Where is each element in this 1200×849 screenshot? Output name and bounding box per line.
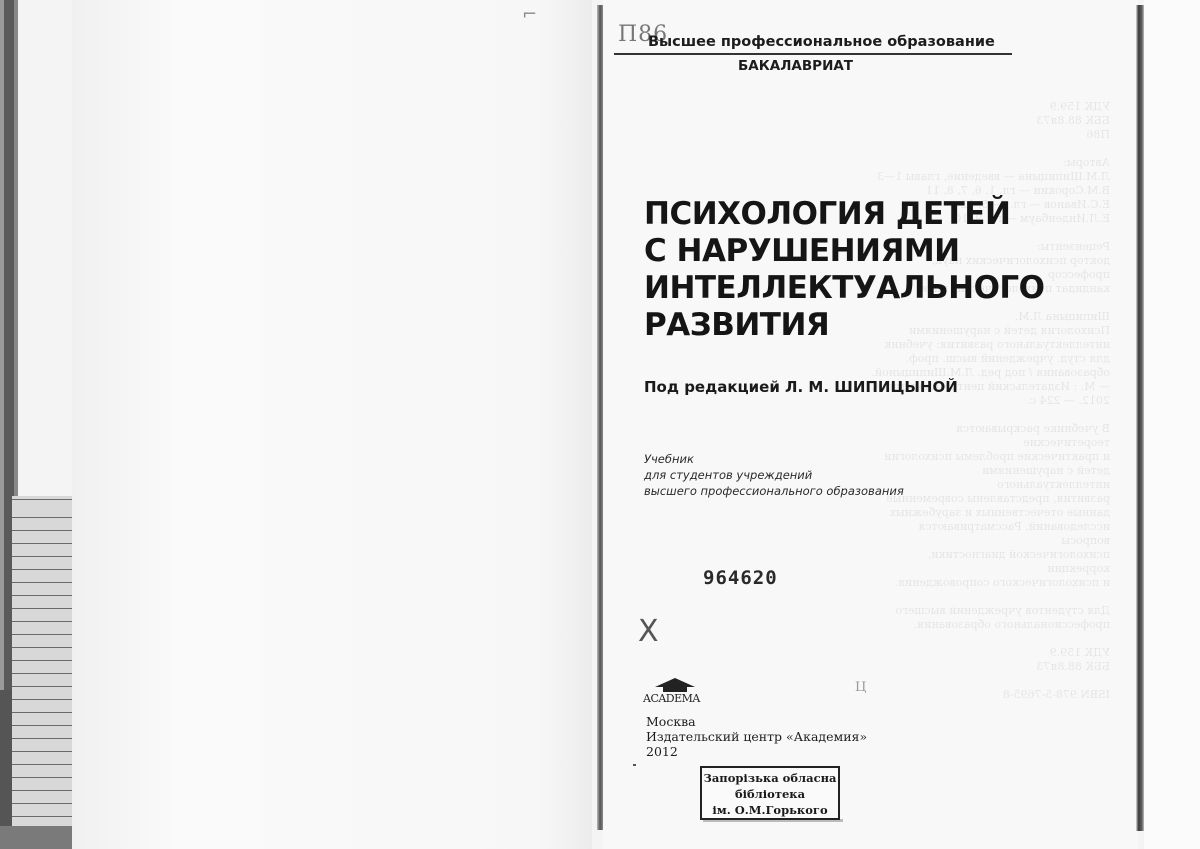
series-heading: Высшее профессиональное образование xyxy=(648,34,995,50)
education-level: БАКАЛАВРИАТ xyxy=(738,58,853,74)
inventory-number: 964620 xyxy=(703,567,778,589)
stamp-line: бібліотека xyxy=(702,786,838,802)
title-line: ПСИХОЛОГИЯ ДЕТЕЙ xyxy=(644,196,1045,233)
ink-dot xyxy=(633,764,636,766)
x-mark: X xyxy=(638,614,659,649)
stamp-line: Запорізька обласна xyxy=(702,770,838,786)
imprint-year: 2012 xyxy=(646,744,867,759)
logo-text: ACADEMA xyxy=(643,692,700,705)
book-description: Учебник для студентов учреждений высшего… xyxy=(644,451,904,499)
description-line: для студентов учреждений xyxy=(644,467,904,483)
title-line: С НАРУШЕНИЯМИ xyxy=(644,233,1045,270)
publisher-imprint: Москва Издательский центр «Академия» 201… xyxy=(646,714,867,759)
faint-pencil-mark: Ц xyxy=(855,680,866,695)
mortarboard-icon xyxy=(655,678,695,687)
scanner-edge xyxy=(0,826,72,849)
description-line: высшего профессионального образования xyxy=(644,483,904,499)
editor-credit: Под редакцией Л. М. ШИПИЦЫНОЙ xyxy=(644,378,958,396)
scanned-book-spread: ⌐ УДК 159.9 ББК 88.8я73 П86 Авторы: Л.М.… xyxy=(0,0,1200,849)
right-page-edge xyxy=(1136,5,1144,831)
title-line: РАЗВИТИЯ xyxy=(644,307,1045,344)
series-divider xyxy=(614,53,1012,55)
book-title: ПСИХОЛОГИЯ ДЕТЕЙ С НАРУШЕНИЯМИ ИНТЕЛЛЕКТ… xyxy=(644,196,1045,344)
imprint-publisher: Издательский центр «Академия» xyxy=(646,729,867,744)
pencil-mark: ⌐ xyxy=(522,4,537,25)
title-line: ИНТЕЛЛЕКТУАЛЬНОГО xyxy=(644,270,1045,307)
imprint-city: Москва xyxy=(646,714,867,729)
academia-logo: ACADEMA xyxy=(643,678,703,708)
left-page-blank xyxy=(72,0,592,849)
ruled-index-card xyxy=(12,496,72,826)
stamp-line: ім. О.М.Горького xyxy=(702,802,838,818)
description-line: Учебник xyxy=(644,451,904,467)
scanner-margin xyxy=(1144,0,1200,849)
library-stamp: Запорізька обласна бібліотека ім. О.М.Го… xyxy=(700,766,840,820)
